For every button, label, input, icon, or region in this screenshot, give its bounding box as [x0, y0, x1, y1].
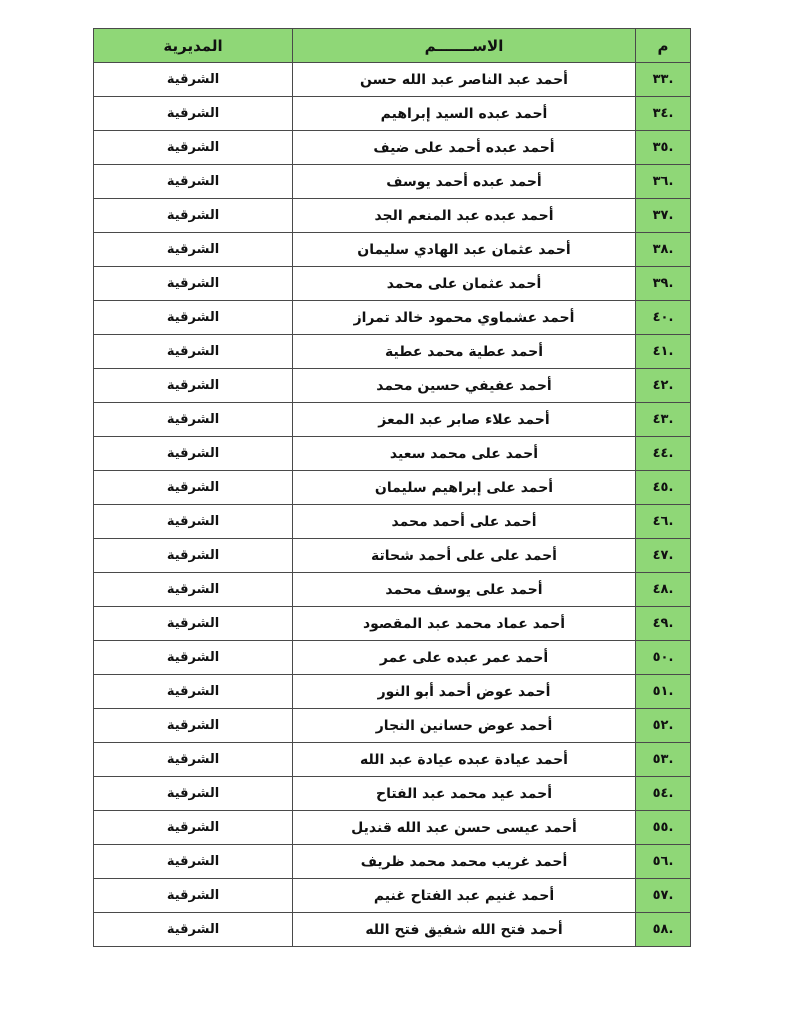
row-district: الشرقية — [94, 641, 293, 675]
row-number: .٣٦ — [636, 165, 691, 199]
row-name: أحمد عبده أحمد على ضيف — [293, 131, 636, 165]
table-row: .٣٤أحمد عبده السيد إبراهيمالشرقية — [94, 97, 691, 131]
row-district: الشرقية — [94, 131, 293, 165]
row-district: الشرقية — [94, 505, 293, 539]
row-name: أحمد عبده السيد إبراهيم — [293, 97, 636, 131]
table-row: .٤٥أحمد على إبراهيم سليمانالشرقية — [94, 471, 691, 505]
row-name: أحمد على على أحمد شحاتة — [293, 539, 636, 573]
row-number: .٣٩ — [636, 267, 691, 301]
row-district: الشرقية — [94, 777, 293, 811]
row-district: الشرقية — [94, 471, 293, 505]
row-district: الشرقية — [94, 403, 293, 437]
row-district: الشرقية — [94, 743, 293, 777]
row-district: الشرقية — [94, 845, 293, 879]
row-district: الشرقية — [94, 199, 293, 233]
table-row: .٤٣أحمد علاء صابر عبد المعزالشرقية — [94, 403, 691, 437]
row-number: .٣٥ — [636, 131, 691, 165]
row-district: الشرقية — [94, 539, 293, 573]
table-row: .٥٦أحمد غريب محمد محمد ظريفالشرقية — [94, 845, 691, 879]
table-row: .٣٩أحمد عثمان على محمدالشرقية — [94, 267, 691, 301]
table-row: .٥٠أحمد عمر عبده على عمرالشرقية — [94, 641, 691, 675]
row-district: الشرقية — [94, 233, 293, 267]
table-row: .٣٣أحمد عبد الناصر عبد الله حسنالشرقية — [94, 63, 691, 97]
table-row: .٤٨أحمد على يوسف محمدالشرقية — [94, 573, 691, 607]
row-district: الشرقية — [94, 573, 293, 607]
row-number: .٥٨ — [636, 913, 691, 947]
names-table: م الاســـــــم المديرية .٣٣أحمد عبد النا… — [93, 28, 691, 947]
row-number: .٤٦ — [636, 505, 691, 539]
row-name: أحمد عوض حسانين النجار — [293, 709, 636, 743]
row-name: أحمد عيسى حسن عبد الله قنديل — [293, 811, 636, 845]
table-row: .٤٤أحمد على محمد سعيدالشرقية — [94, 437, 691, 471]
table-row: .٣٧أحمد عبده عبد المنعم الجدالشرقية — [94, 199, 691, 233]
row-name: أحمد علاء صابر عبد المعز — [293, 403, 636, 437]
table-row: .٣٨أحمد عثمان عبد الهادي سليمانالشرقية — [94, 233, 691, 267]
table-row: .٣٦أحمد عبده أحمد يوسفالشرقية — [94, 165, 691, 199]
table-row: .٤٩أحمد عماد محمد عبد المقصودالشرقية — [94, 607, 691, 641]
row-district: الشرقية — [94, 709, 293, 743]
row-number: .٥٢ — [636, 709, 691, 743]
table-row: .٤٦أحمد على أحمد محمدالشرقية — [94, 505, 691, 539]
row-name: أحمد على أحمد محمد — [293, 505, 636, 539]
table-row: .٤٢أحمد عفيفي حسين محمدالشرقية — [94, 369, 691, 403]
table-row: .٤٧أحمد على على أحمد شحاتةالشرقية — [94, 539, 691, 573]
row-district: الشرقية — [94, 335, 293, 369]
row-number: .٣٤ — [636, 97, 691, 131]
row-number: .٤٤ — [636, 437, 691, 471]
row-district: الشرقية — [94, 97, 293, 131]
row-number: .٤٩ — [636, 607, 691, 641]
row-number: .٥١ — [636, 675, 691, 709]
row-name: أحمد عثمان على محمد — [293, 267, 636, 301]
row-number: .٣٣ — [636, 63, 691, 97]
row-number: .٤٨ — [636, 573, 691, 607]
row-name: أحمد عبده عبد المنعم الجد — [293, 199, 636, 233]
row-name: أحمد عيادة عبده عيادة عبد الله — [293, 743, 636, 777]
names-table-container: م الاســـــــم المديرية .٣٣أحمد عبد النا… — [93, 28, 689, 947]
row-name: أحمد عثمان عبد الهادي سليمان — [293, 233, 636, 267]
row-name: أحمد عفيفي حسين محمد — [293, 369, 636, 403]
row-district: الشرقية — [94, 63, 293, 97]
row-number: .٥٥ — [636, 811, 691, 845]
row-district: الشرقية — [94, 675, 293, 709]
row-district: الشرقية — [94, 301, 293, 335]
row-name: أحمد عبد الناصر عبد الله حسن — [293, 63, 636, 97]
table-row: .٥٢أحمد عوض حسانين النجارالشرقية — [94, 709, 691, 743]
row-number: .٤٧ — [636, 539, 691, 573]
row-name: أحمد عوض أحمد أبو النور — [293, 675, 636, 709]
row-number: .٥٣ — [636, 743, 691, 777]
row-number: .٤١ — [636, 335, 691, 369]
row-name: أحمد عمر عبده على عمر — [293, 641, 636, 675]
row-name: أحمد غريب محمد محمد ظريف — [293, 845, 636, 879]
row-number: .٥٧ — [636, 879, 691, 913]
row-name: أحمد عبده أحمد يوسف — [293, 165, 636, 199]
row-district: الشرقية — [94, 437, 293, 471]
row-number: .٤٠ — [636, 301, 691, 335]
table-row: .٥٧أحمد غنيم عبد الفتاح غنيمالشرقية — [94, 879, 691, 913]
row-name: أحمد عيد محمد عبد الفتاح — [293, 777, 636, 811]
table-row: .٤٠أحمد عشماوي محمود خالد تمرازالشرقية — [94, 301, 691, 335]
row-name: أحمد على يوسف محمد — [293, 573, 636, 607]
table-row: .٥٥أحمد عيسى حسن عبد الله قنديلالشرقية — [94, 811, 691, 845]
row-district: الشرقية — [94, 811, 293, 845]
row-name: أحمد عماد محمد عبد المقصود — [293, 607, 636, 641]
row-number: .٥٦ — [636, 845, 691, 879]
row-district: الشرقية — [94, 267, 293, 301]
row-name: أحمد على إبراهيم سليمان — [293, 471, 636, 505]
row-number: .٣٧ — [636, 199, 691, 233]
table-header-row: م الاســـــــم المديرية — [94, 29, 691, 63]
table-row: .٥٤أحمد عيد محمد عبد الفتاحالشرقية — [94, 777, 691, 811]
row-district: الشرقية — [94, 369, 293, 403]
table-row: .٥١أحمد عوض أحمد أبو النورالشرقية — [94, 675, 691, 709]
row-name: أحمد عشماوي محمود خالد تمراز — [293, 301, 636, 335]
table-row: .٣٥أحمد عبده أحمد على ضيفالشرقية — [94, 131, 691, 165]
row-name: أحمد على محمد سعيد — [293, 437, 636, 471]
row-name: أحمد غنيم عبد الفتاح غنيم — [293, 879, 636, 913]
row-number: .٣٨ — [636, 233, 691, 267]
table-row: .٤١أحمد عطية محمد عطيةالشرقية — [94, 335, 691, 369]
row-number: .٥٤ — [636, 777, 691, 811]
table-body: .٣٣أحمد عبد الناصر عبد الله حسنالشرقية.٣… — [94, 63, 691, 947]
table-row: .٥٣أحمد عيادة عبده عيادة عبد اللهالشرقية — [94, 743, 691, 777]
row-number: .٤٣ — [636, 403, 691, 437]
row-district: الشرقية — [94, 607, 293, 641]
row-district: الشرقية — [94, 879, 293, 913]
row-number: .٤٢ — [636, 369, 691, 403]
row-number: .٥٠ — [636, 641, 691, 675]
row-district: الشرقية — [94, 913, 293, 947]
header-district: المديرية — [94, 29, 293, 63]
row-name: أحمد عطية محمد عطية — [293, 335, 636, 369]
row-name: أحمد فتح الله شفيق فتح الله — [293, 913, 636, 947]
header-number: م — [636, 29, 691, 63]
row-number: .٤٥ — [636, 471, 691, 505]
table-row: .٥٨أحمد فتح الله شفيق فتح اللهالشرقية — [94, 913, 691, 947]
header-name: الاســـــــم — [293, 29, 636, 63]
row-district: الشرقية — [94, 165, 293, 199]
